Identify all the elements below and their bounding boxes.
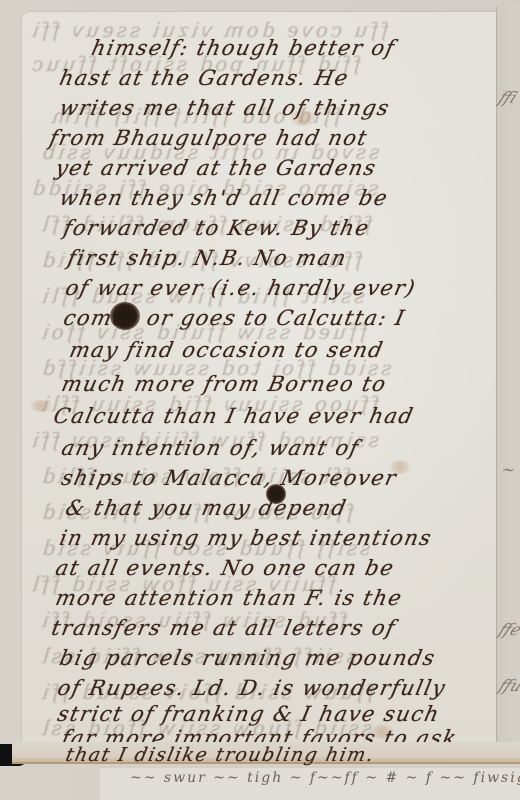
letter-line: & that you may depend bbox=[63, 496, 349, 520]
manuscript-scene: ffi ~ ffe ffu ffu cove dom vizui sseuv f… bbox=[0, 0, 520, 800]
ink-blot bbox=[266, 484, 286, 504]
letter-line: big parcels running me pounds bbox=[57, 646, 438, 670]
letter-line: of war ever (i.e. hardly ever) bbox=[63, 276, 418, 300]
letter-line: of Rupees. Ld. D. is wonderfully bbox=[55, 676, 448, 700]
letter-line: strict of franking & I have such bbox=[55, 702, 442, 726]
letter-line: transfers me at all letters of bbox=[49, 616, 398, 640]
letter-line: when they sh'd all come be bbox=[57, 186, 390, 210]
letter-line: may find occasion to send bbox=[67, 338, 386, 362]
letter-line: any intention of, want of bbox=[59, 436, 361, 460]
letter-line: yet arrived at the Gardens bbox=[53, 156, 378, 180]
lower-page-script: ~~ swur ~~ tigh ~ f~~ff ~ # ~ f ~~ fiwsi… bbox=[130, 770, 520, 786]
ink-blot bbox=[110, 302, 140, 330]
letter-line: writes me that all of things bbox=[57, 96, 392, 120]
letter-line: first ship. N.B. No man bbox=[65, 246, 349, 270]
letter-line: hast at the Gardens. He bbox=[57, 66, 351, 90]
letter-line: that I dislike troubling him. bbox=[64, 744, 377, 766]
stain bbox=[30, 400, 52, 412]
letter-line: from Bhaugulpore had not bbox=[47, 126, 370, 150]
letter-line: ships to Malacca, Moreover bbox=[59, 466, 399, 490]
letter-line: in my using my best intentions bbox=[57, 526, 434, 550]
letter-line: forwarded to Kew. By the bbox=[61, 216, 372, 240]
letter-line: much more from Borneo to bbox=[59, 372, 389, 396]
letter-line: at all events. No one can be bbox=[53, 556, 396, 580]
letter-line: more attention than F. is the bbox=[53, 586, 405, 610]
letter-line: Calcutta than I have ever had bbox=[51, 404, 416, 428]
letter-line: himself: though better of bbox=[89, 36, 397, 60]
